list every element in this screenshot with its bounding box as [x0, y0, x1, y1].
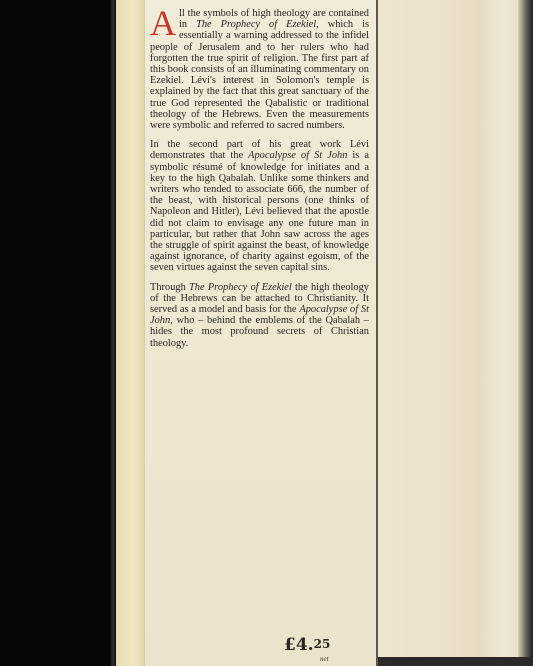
book-title: The Prophecy of Ezekiel [189, 282, 292, 293]
price-label: £4.25 [284, 635, 330, 655]
book-title: The Prophecy of Ezekiel [196, 19, 316, 30]
book-title: Apocalypse of St John [248, 150, 347, 161]
book-bottom-shadow [378, 657, 533, 666]
flap-blurb: All the symbols of high theology are con… [150, 8, 369, 357]
book-page-block [378, 0, 524, 657]
net-label: net [320, 655, 329, 663]
flap-fold-strip [116, 0, 144, 666]
blurb-paragraph-3: Through The Prophecy of Ezekiel the high… [150, 282, 369, 349]
blurb-paragraph-1: All the symbols of high theology are con… [150, 8, 369, 131]
drop-cap: A [150, 10, 176, 36]
blurb-paragraph-2: In the second part of his great work Lév… [150, 139, 369, 273]
page-block-right-edge [518, 0, 533, 666]
